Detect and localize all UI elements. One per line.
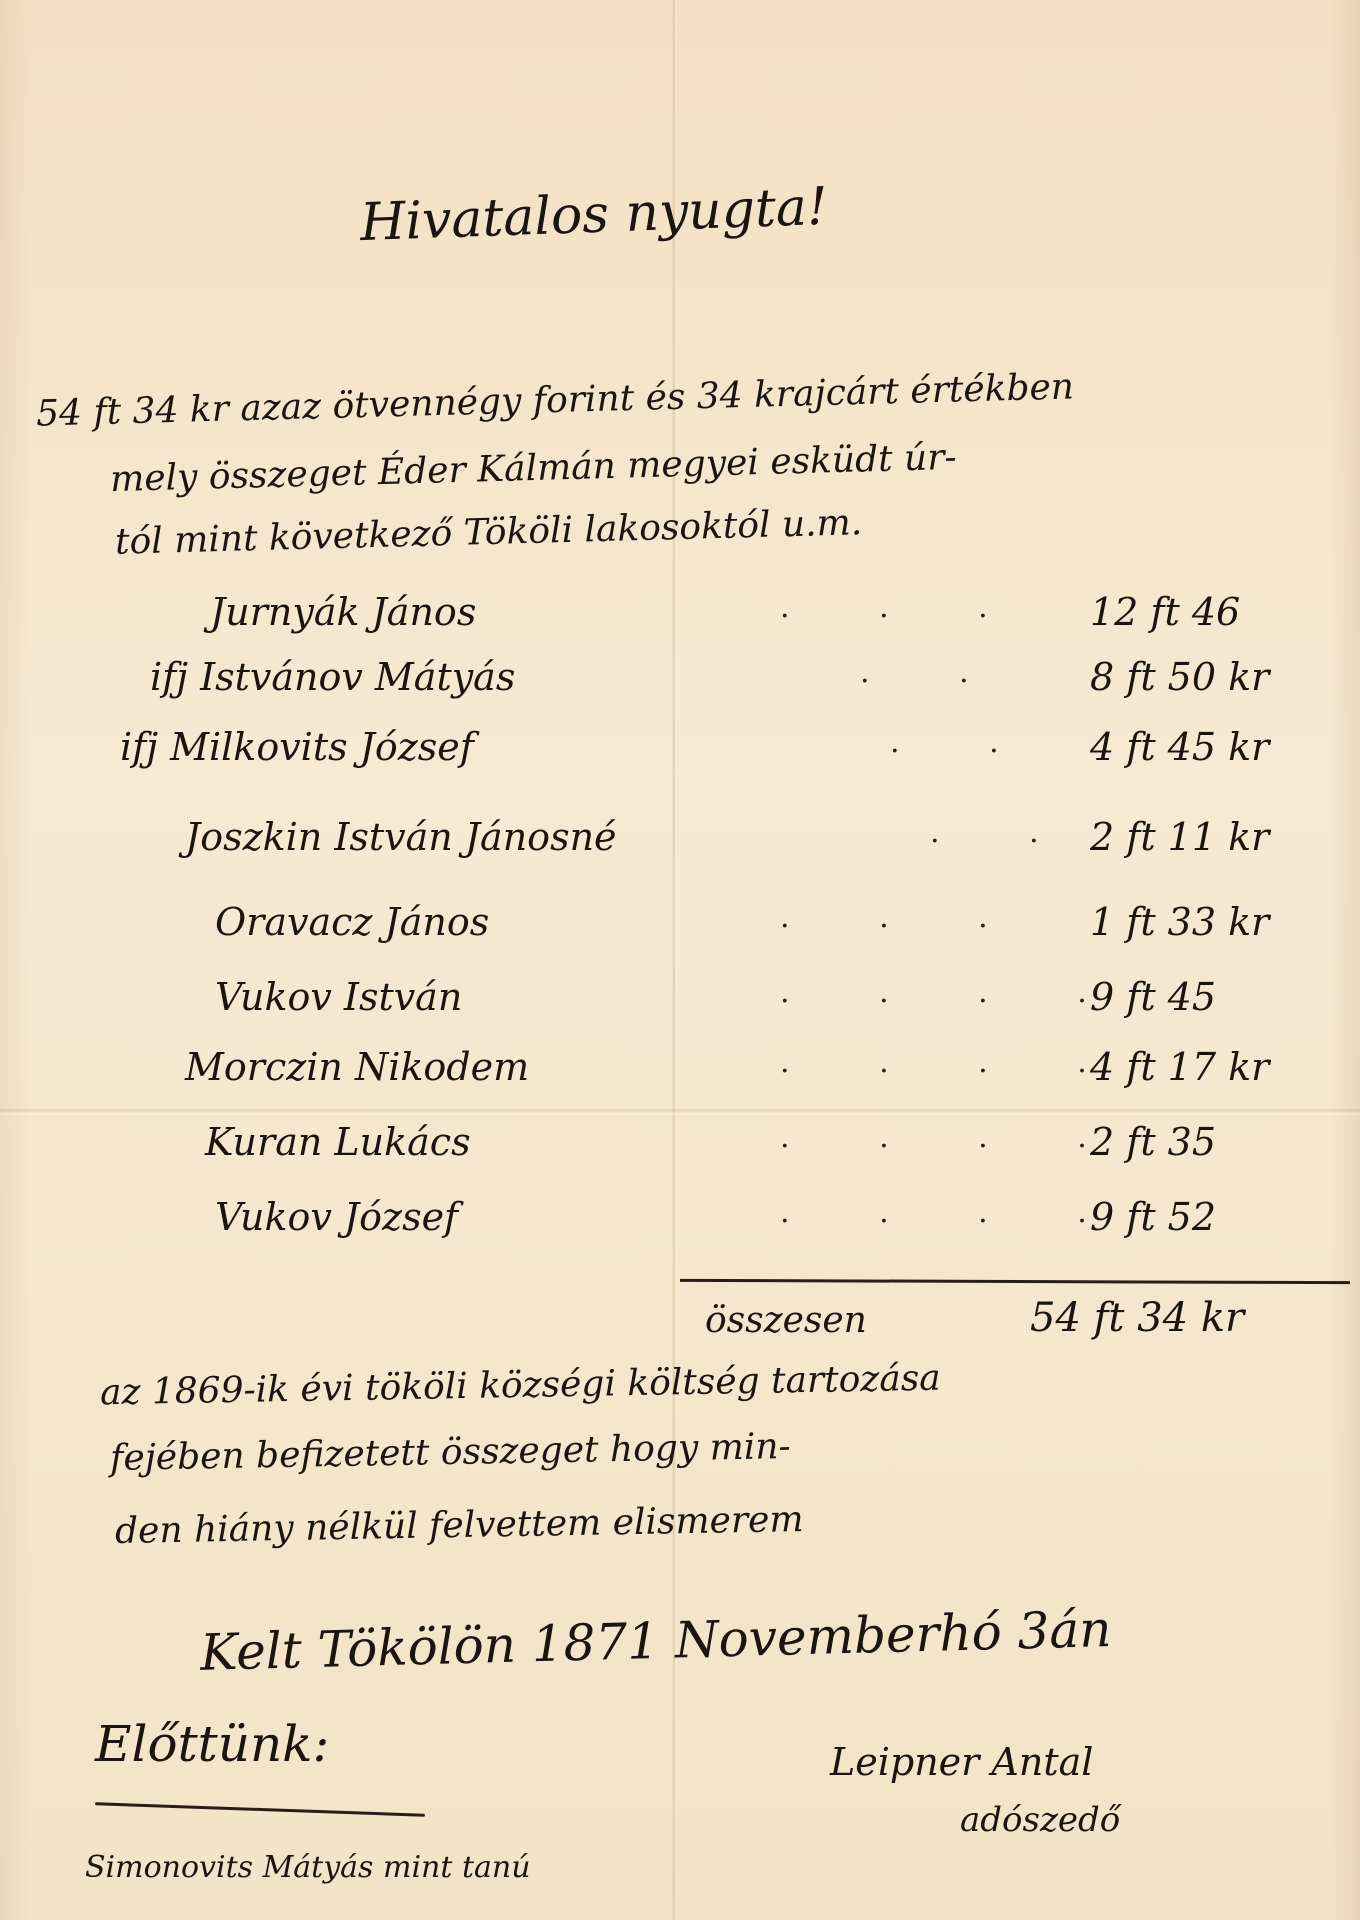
closing-line-3: den hiány nélkül felvettem elismerem: [115, 1499, 804, 1552]
signer-role: adószedő: [960, 1800, 1120, 1840]
payment-amount: 4 ft 17 kr: [1090, 1045, 1269, 1089]
intro-line-2: mely összeget Éder Kálmán megyei esküdt …: [110, 437, 957, 500]
total-rule: [680, 1279, 1350, 1284]
leader-dots: . . . .: [780, 1045, 1127, 1080]
receipt-page: Hivatalos nyugta! 54 ft 34 kr azaz ötven…: [0, 0, 1360, 1920]
payment-row: ifj Istvánov Mátyás . . 8 ft 50 kr: [0, 655, 1360, 725]
payment-amount: 1 ft 33 kr: [1090, 900, 1269, 944]
payment-amount: 2 ft 11 kr: [1090, 815, 1269, 859]
payer-name: Kuran Lukács: [205, 1120, 471, 1164]
payment-row: Oravacz János . . . 1 ft 33 kr: [0, 900, 1360, 970]
witness-heading: Előttünk:: [95, 1715, 329, 1773]
payer-name: Oravacz János: [215, 900, 489, 944]
payment-row: Kuran Lukács . . . . 2 ft 35: [0, 1120, 1360, 1190]
payment-row: Morczin Nikodem . . . . 4 ft 17 kr: [0, 1045, 1360, 1115]
payment-amount: 2 ft 35: [1090, 1120, 1216, 1164]
closing-line-1: az 1869-ik évi tököli községi költség ta…: [100, 1358, 941, 1414]
payment-amount: 4 ft 45 kr: [1090, 725, 1269, 769]
payment-row: Vukov István . . . . 9 ft 45: [0, 975, 1360, 1045]
payer-name: Jurnyák János: [210, 590, 476, 634]
intro-line-3: tól mint következő Tököli lakosoktól u.m…: [115, 502, 863, 563]
payment-row: ifj Milkovits József . . 4 ft 45 kr: [0, 725, 1360, 795]
document-title: Hivatalos nyugta!: [359, 177, 829, 253]
leader-dots: . .: [890, 725, 1039, 760]
payer-name: ifj Istvánov Mátyás: [150, 655, 515, 699]
payer-name: Vukov József: [215, 1195, 458, 1239]
leader-dots: . . . .: [780, 1195, 1127, 1230]
total-label: összesen: [705, 1300, 867, 1341]
payer-name: ifj Milkovits József: [120, 725, 474, 769]
leader-dots: . .: [860, 655, 1009, 690]
total-value: 54 ft 34 kr: [1030, 1295, 1244, 1341]
payment-amount: 12 ft 46: [1090, 590, 1240, 634]
place-and-date: Kelt Tökölön 1871 Novemberhó 3án: [199, 1600, 1112, 1682]
payer-name: Morczin Nikodem: [185, 1045, 529, 1089]
payment-row: Jurnyák János . . . 12 ft 46: [0, 590, 1360, 660]
payer-name: Vukov István: [215, 975, 462, 1019]
leader-dots: . . . .: [780, 1120, 1127, 1155]
signer-name: Leipner Antal: [830, 1740, 1093, 1784]
leader-dots: . . .: [780, 590, 1028, 625]
payment-amount: 8 ft 50 kr: [1090, 655, 1269, 699]
leader-dots: . . . .: [780, 975, 1127, 1010]
payer-name: Joszkin István Jánosné: [185, 815, 617, 859]
intro-line-1: 54 ft 34 kr azaz ötvennégy forint és 34 …: [36, 366, 1075, 434]
payment-amount: 9 ft 52: [1090, 1195, 1216, 1239]
closing-line-2: fejében befizetett összeget hogy min-: [110, 1426, 791, 1479]
witness-signature: Simonovits Mátyás mint tanú: [85, 1850, 531, 1885]
leader-dots: . . .: [780, 900, 1028, 935]
leader-dots: . .: [930, 815, 1079, 850]
payment-row: Joszkin István Jánosné . . 2 ft 11 kr: [0, 815, 1360, 885]
payment-row: Vukov József . . . . 9 ft 52: [0, 1195, 1360, 1265]
witness-underline: [95, 1802, 425, 1817]
payment-amount: 9 ft 45: [1090, 975, 1216, 1019]
